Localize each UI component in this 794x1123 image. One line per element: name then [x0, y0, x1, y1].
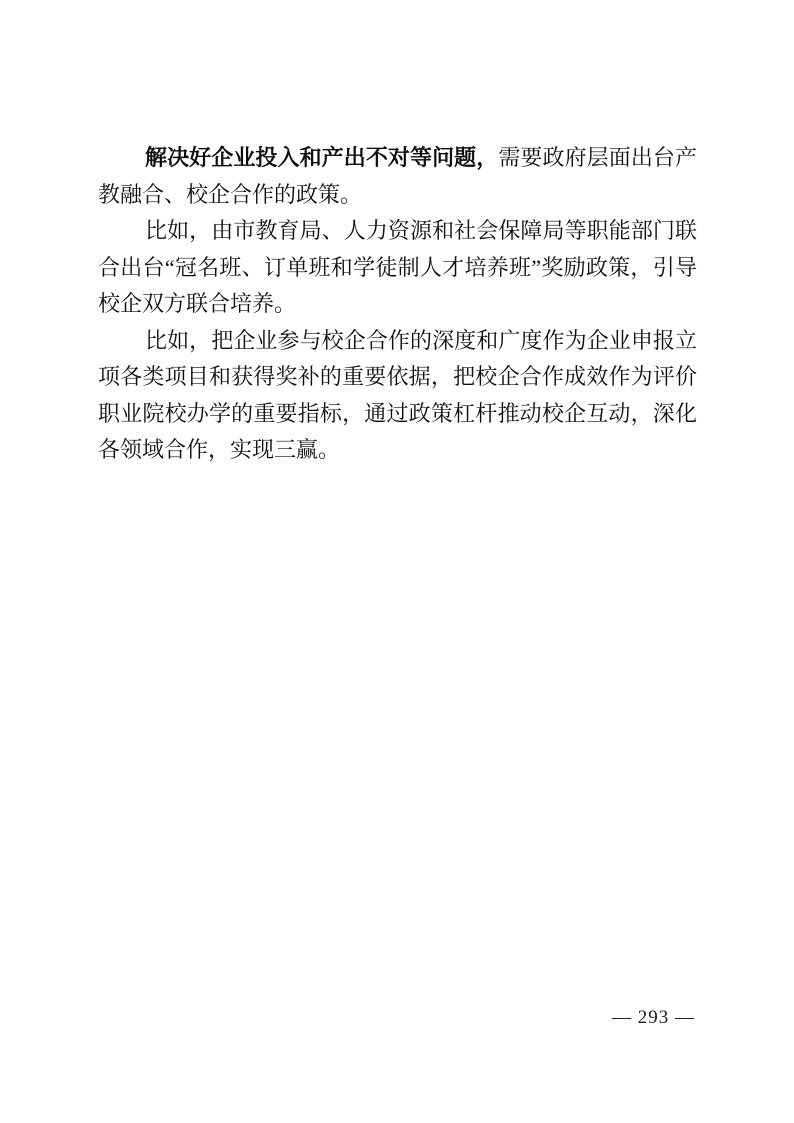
paragraph-3: 比如，把企业参与校企合作的深度和广度作为企业申报立项各类项目和获得奖补的重要依据… [98, 323, 697, 469]
paragraph-2: 比如，由市教育局、人力资源和社会保障局等职能部门联合出台“冠名班、订单班和学徒制… [98, 213, 697, 323]
paragraph-1-bold-lead: 解决好企业投入和产出不对等问题， [145, 145, 498, 170]
page-footer: — 293 — [612, 1005, 695, 1031]
paragraph-1: 解决好企业投入和产出不对等问题，需要政府层面出台产教融合、校企合作的政策。 [98, 140, 697, 213]
page-number: — 293 — [612, 1007, 695, 1028]
document-page: 解决好企业投入和产出不对等问题，需要政府层面出台产教融合、校企合作的政策。 比如… [0, 0, 794, 1123]
document-body: 解决好企业投入和产出不对等问题，需要政府层面出台产教融合、校企合作的政策。 比如… [98, 140, 697, 469]
